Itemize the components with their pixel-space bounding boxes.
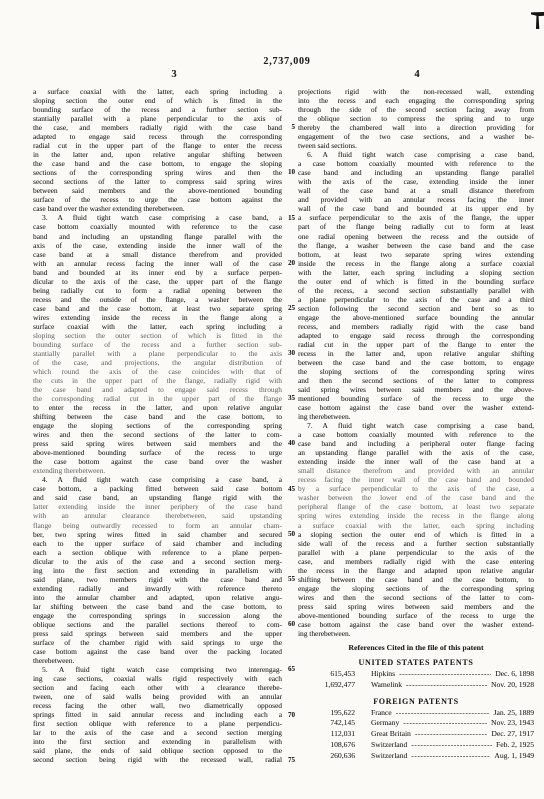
text-line: wall of the case band at a small distanc… (298, 186, 534, 195)
text-line: the case band and adapted to engage said… (33, 385, 282, 394)
text-line: ing therebetween. (298, 629, 534, 638)
text-line: mentioned bounding surface of the recess… (298, 394, 534, 403)
text-line: the case, and members radially rigid wit… (33, 123, 282, 132)
reference-number: 195,622 (298, 708, 355, 719)
text-line: section and facing each other with a cle… (33, 683, 282, 692)
text-line: adapted to engage said recess through th… (33, 132, 282, 141)
text-line: 4. A fluid tight watch case comprising a… (33, 475, 282, 484)
text-line: engage the corresponding springs in succ… (33, 611, 282, 620)
text-line: between the case band and the case botto… (298, 358, 534, 367)
text-line: in the latter and, upon relative angular… (33, 150, 282, 159)
text-line: recess, and members radially rigid with … (298, 322, 534, 331)
text-line: engage the above-mentioned surface bound… (298, 313, 534, 322)
reference-leader: ----------------------------------------… (411, 740, 492, 751)
patent-page: 2,737,009 3 4 51015202530354045505560657… (0, 0, 544, 799)
reference-date: Aug. 1, 1949 (494, 751, 534, 762)
text-line: springs fitted in said annular recess an… (33, 710, 282, 719)
reference-row: 1,692,477 Wamelink ---------------------… (298, 680, 534, 691)
text-line: the cuts in the upper part of the flange… (33, 376, 282, 385)
text-line: 6. A fluid tight watch case comprising a… (298, 150, 534, 159)
text-line: flange being outwardly recessed to form … (33, 521, 282, 530)
text-line: engagement of the two case sections, and… (298, 132, 534, 141)
text-line: bounding surface of the recess and a fur… (33, 105, 282, 114)
text-line: sections of the corresponding spring wir… (33, 168, 282, 177)
text-line: the case bottom against the case band ov… (33, 457, 282, 466)
scan-artifact-mark (531, 12, 544, 29)
text-line: stantially parallel with a plane perpend… (33, 349, 282, 358)
text-line: which round the axis of the case coincid… (33, 367, 282, 376)
text-line: bounding surface of the recess and a fur… (33, 340, 282, 349)
text-line: dicular to the axis of the case, the upp… (33, 277, 282, 286)
reference-name: Switzerland (371, 740, 407, 751)
text-line: recess facing the inner wall of the case… (298, 475, 534, 484)
text-line: and then the second sections of the latt… (298, 376, 534, 385)
text-line: section following the second section and… (298, 304, 534, 313)
reference-date: Dec. 6, 1898 (495, 669, 534, 680)
text-line: a surface coaxial with the latter, each … (33, 87, 282, 96)
text-line: band and bounded at its inner end by a s… (33, 268, 282, 277)
text-line: band and including an upstanding flange … (33, 232, 282, 241)
text-line: the outer end of which is fitted in the … (298, 277, 534, 286)
reference-name: Wamelink (371, 680, 402, 691)
text-line: said plane, the ends of said oblique sec… (33, 746, 282, 755)
text-line: second sections of the latter to compres… (33, 177, 282, 186)
text-line: part of the flange being radially cut to… (298, 222, 534, 231)
us-patents-heading: UNITED STATES PATENTS (298, 658, 534, 667)
text-line: press said spring wires between said mem… (33, 439, 282, 448)
text-line: latter extending inside the inner periph… (33, 502, 282, 511)
reference-number: 260,636 (298, 751, 355, 762)
text-line: axis of the case, extending inside the i… (33, 241, 282, 250)
text-line: tween said sections. (298, 141, 534, 150)
reference-name: Switzerland (371, 751, 407, 762)
text-line: with an annular recess facing the inner … (33, 259, 282, 268)
text-line: by a surface perpendicular to the axis o… (298, 484, 534, 493)
text-line: radial cut in the upper part of the flan… (33, 141, 282, 150)
text-line: each a section oblique with reference to… (33, 548, 282, 557)
text-line: surface of the chamber rigid with said s… (33, 638, 282, 647)
text-line: said spring wires between said members a… (298, 385, 534, 394)
text-line: wires and then the second sections of th… (33, 430, 282, 439)
text-line: the oblique section to compress the spri… (298, 114, 534, 123)
text-line: wires and then the second sections of th… (298, 593, 534, 602)
text-line: case bottom against the case band over t… (33, 647, 282, 656)
text-line: a case bottom coaxially mounted with ref… (298, 430, 534, 439)
text-line: a sloping section the outer end of which… (298, 530, 534, 539)
reference-number: 742,145 (298, 718, 355, 729)
reference-row: 615,453 Hipkins ------------------------… (298, 669, 534, 680)
text-line: ber, two spring wires fitted in said cha… (33, 530, 282, 539)
text-line: a surface coaxial with the latter, each … (298, 521, 534, 530)
text-line: the sloping sections of the correspondin… (298, 367, 534, 376)
reference-date: Dec. 27, 1917 (491, 729, 534, 740)
text-line: the recess in the flange and adapted upo… (298, 566, 534, 575)
text-line: said plane, two members rigid with the c… (33, 575, 282, 584)
text-column-right: projections rigid with the non-recessed … (298, 87, 534, 761)
text-line: sloping section the outer section of whi… (33, 331, 282, 340)
text-line: 7. A fluid tight watch case comprising a… (298, 421, 534, 430)
text-line: case bottom against the case band over t… (298, 620, 534, 629)
reference-leader: ----------------------------------------… (399, 669, 491, 680)
text-line: shifting between the case band and the c… (298, 575, 534, 584)
right-column-text: projections rigid with the non-recessed … (298, 87, 534, 638)
patent-number: 2,737,009 (30, 56, 544, 67)
text-line: oblique sections and the parallel sectio… (33, 620, 282, 629)
text-line: each to the upper surface of said chambe… (33, 539, 282, 548)
text-line: a plane perpendicular to the axis of the… (298, 295, 534, 304)
text-line: adapted to engage said recess through th… (298, 331, 534, 340)
text-line: therebetween. (33, 656, 282, 665)
text-line: wires extending inside the recess in the… (33, 313, 282, 322)
text-line: lar to the axis of the case and a second… (33, 728, 282, 737)
text-line: 5. A fluid tight watch case comprising t… (33, 665, 282, 674)
text-line: case band and including a peripheral out… (298, 439, 534, 448)
text-line: press said springs between said members … (33, 629, 282, 638)
text-line: shifting between the case band and the c… (33, 412, 282, 421)
text-line: washer between the lower end of the case… (298, 493, 534, 502)
text-line: tween, one of said walls being provided … (33, 692, 282, 701)
reference-leader: ----------------------------------------… (415, 729, 488, 740)
text-line: recess in the latter and, upon relative … (298, 349, 534, 358)
text-line: between said members and the above-menti… (33, 186, 282, 195)
text-line: into the recess and each engaging the co… (298, 96, 534, 105)
text-line: press said spring wires between said mem… (298, 602, 534, 611)
text-line: one radial opening between the recess an… (298, 232, 534, 241)
text-line: and said case band, an upstanding flange… (33, 493, 282, 502)
text-line: thereby the chambered wall into a direct… (298, 123, 534, 132)
references-section: References Cited in the file of this pat… (298, 643, 534, 762)
text-line: ing case sections, coaxial walls rigid r… (33, 674, 282, 683)
reference-name: Hipkins (371, 669, 395, 680)
reference-name: France (371, 708, 392, 719)
text-line: through the side of the second section f… (298, 105, 534, 114)
text-line: and provided with an annular recess faci… (298, 195, 534, 204)
reference-row: 742,145 Germany ------------------------… (298, 718, 534, 729)
text-line: surface coaxial with the latter, each sp… (33, 322, 282, 331)
reference-number: 1,692,477 (298, 680, 355, 691)
text-line: projections rigid with the non-recessed … (298, 87, 534, 96)
text-line: inside the recess in the flange along a … (298, 259, 534, 268)
text-line: of the case, and projections, the angula… (33, 358, 282, 367)
text-line: a case bottom coaxially mounted with ref… (298, 159, 534, 168)
text-line: extending inside the inner wall of the c… (298, 457, 534, 466)
text-line: recess and the outside of the flange, a … (33, 295, 282, 304)
text-line: being radially cut to form a radial open… (33, 286, 282, 295)
text-line: with an annular clearance therebetween, … (33, 511, 282, 520)
reference-number: 112,031 (298, 729, 355, 740)
text-line: case bottom coaxially mounted with refer… (33, 222, 282, 231)
reference-row: 260,636 Switzerland --------------------… (298, 751, 534, 762)
reference-row: 112,031 Great Britain ------------------… (298, 729, 534, 740)
text-line: of the recess, a second section substant… (298, 286, 534, 295)
text-line: engage the sloping sections of the corre… (298, 584, 534, 593)
reference-leader: ----------------------------------------… (396, 708, 490, 719)
text-line: recess facing the other wall, two diamet… (33, 701, 282, 710)
text-line: surface of the recess to urge the case b… (33, 195, 282, 204)
text-line: with the latter, each spring including a… (298, 268, 534, 277)
text-line: the case band and the case bottom, to en… (33, 159, 282, 168)
text-line: lar shifting between the case band and t… (33, 602, 282, 611)
text-line: radial cut in the upper part of the flan… (298, 340, 534, 349)
text-line: peripheral flange of the case bottom, at… (298, 502, 534, 511)
reference-number: 615,453 (298, 669, 355, 680)
reference-name: Great Britain (371, 729, 411, 740)
text-line: first section oblique with reference to … (33, 719, 282, 728)
text-line: engage the sloping sections of the corre… (33, 421, 282, 430)
reference-leader: ----------------------------------------… (403, 718, 487, 729)
text-line: case band over the washer extending ther… (33, 204, 282, 213)
text-line: 3. A fluid tight watch case comprising a… (33, 213, 282, 222)
references-title: References Cited in the file of this pat… (298, 643, 534, 652)
reference-date: Jan. 25, 1889 (494, 708, 535, 719)
text-line: extending therebetween. (33, 466, 282, 475)
text-line: an upstanding flange parallel with the a… (298, 448, 534, 457)
text-line: ing therebetween. (298, 412, 534, 421)
text-line: small distance therefrom and provided wi… (298, 466, 534, 475)
column-number-right: 4 (403, 69, 431, 80)
text-line: into the annular chamber and adapted, up… (33, 593, 282, 602)
reference-date: Nov. 20, 1928 (491, 680, 534, 691)
reference-number: 108,676 (298, 740, 355, 751)
text-line: above-mentioned bounding surface of the … (298, 611, 534, 620)
text-line: above-mentioned bounding surface of the … (33, 448, 282, 457)
reference-row: 195,622 France -------------------------… (298, 708, 534, 719)
text-line: the flange, a washer between the case ba… (298, 241, 534, 250)
text-line: dicular to the axis of the case and a se… (33, 557, 282, 566)
text-line: case band and including an upstanding fl… (298, 168, 534, 177)
text-column-left: a surface coaxial with the latter, each … (33, 87, 282, 764)
text-line: parallel with a plane perpendicular to t… (298, 548, 534, 557)
reference-date: Nov. 23, 1943 (491, 718, 534, 729)
reference-leader: ----------------------------------------… (406, 680, 487, 691)
text-line: case band at a small distance therefrom … (33, 250, 282, 259)
column-number-left: 3 (160, 69, 188, 80)
text-line: second section being rigid with the rece… (33, 755, 282, 764)
text-line: the corresponding radial cut in the uppe… (33, 394, 282, 403)
text-line: extending radially and inwardly with ref… (33, 584, 282, 593)
text-line: case bottom, a packing fitted between sa… (33, 484, 282, 493)
foreign-patents-list: 195,622 France -------------------------… (298, 708, 534, 762)
text-line: spring wires extending inside the recess… (298, 511, 534, 520)
reference-leader: ----------------------------------------… (411, 751, 490, 762)
text-line: case band and the case bottom, at least … (33, 304, 282, 313)
reference-name: Germany (371, 718, 399, 729)
text-line: into the first section and extending in … (33, 737, 282, 746)
reference-date: Feb. 2, 1925 (496, 740, 534, 751)
us-patents-list: 615,453 Hipkins ------------------------… (298, 669, 534, 691)
foreign-patents-heading: FOREIGN PATENTS (298, 697, 534, 706)
text-line: case bottom against the case band over t… (298, 403, 534, 412)
text-line: with the axis of the case, extending ins… (298, 177, 534, 186)
text-line: case, and members radially rigid with th… (298, 557, 534, 566)
text-line: stantially parallel with a plane perpend… (33, 114, 282, 123)
text-line: wall of the case band and bounded at its… (298, 204, 534, 213)
reference-row: 108,676 Switzerland --------------------… (298, 740, 534, 751)
text-line: bottom, at least two separate spring wir… (298, 250, 534, 259)
text-line: side wall of the recess and a further se… (298, 539, 534, 548)
text-line: ing into the first section and extending… (33, 566, 282, 575)
text-line: to enter the recess in the latter, and u… (33, 403, 282, 412)
text-line: a surface perpendicular to the axis of t… (298, 213, 534, 222)
text-line: sloping section the outer end of which i… (33, 96, 282, 105)
